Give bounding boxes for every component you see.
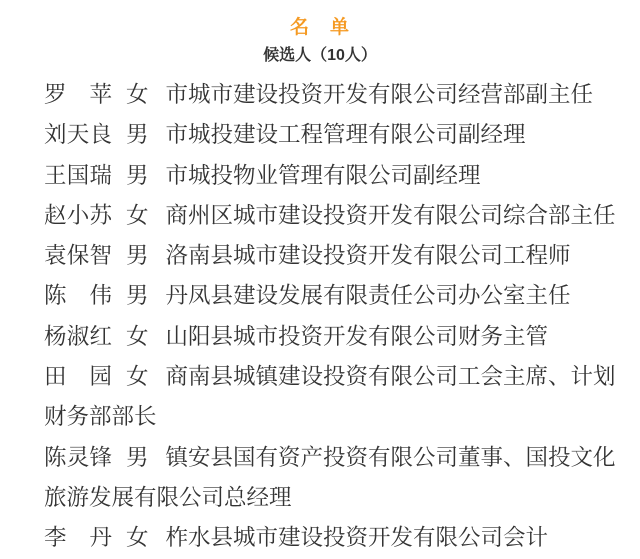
page-title: 名 单 — [0, 16, 640, 40]
candidate-name: 杨淑红 — [44, 317, 112, 357]
candidate-name: 袁保智 — [44, 236, 112, 276]
candidate-position: 市城投物业管理有限公司副经理 — [166, 163, 481, 188]
candidate-gender: 男 — [126, 163, 149, 188]
candidate-row: 杨淑红女山阳县城市投资开发有限公司财务主管 — [44, 317, 618, 357]
candidate-position: 市城投建设工程管理有限公司副经理 — [166, 122, 526, 147]
candidate-gender: 男 — [126, 283, 149, 308]
candidate-gender: 女 — [126, 525, 149, 550]
page-subtitle: 候选人（10人） — [0, 45, 640, 67]
candidate-name: 罗苹 — [44, 75, 112, 115]
candidate-row: 陈伟男丹凤县建设发展有限责任公司办公室主任 — [44, 276, 618, 316]
candidate-position: 山阳县城市投资开发有限公司财务主管 — [166, 324, 549, 349]
candidate-roster-document: 名 单 候选人（10人） 罗苹女市城市建设投资开发有限公司经营部副主任 刘天良男… — [0, 0, 640, 559]
candidate-position: 商州区城市建设投资开发有限公司综合部主任 — [166, 203, 616, 228]
candidate-row: 袁保智男洛南县城市建设投资开发有限公司工程师 — [44, 236, 618, 276]
candidate-name: 陈伟 — [44, 276, 112, 316]
candidate-gender: 男 — [126, 445, 149, 470]
candidate-row: 王国瑞男市城投物业管理有限公司副经理 — [44, 156, 618, 196]
candidate-name: 刘天良 — [44, 115, 112, 155]
candidate-row: 陈灵锋男镇安县国有资产投资有限公司董事、国投文化旅游发展有限公司总经理 — [44, 438, 618, 519]
candidate-list: 罗苹女市城市建设投资开发有限公司经营部副主任 刘天良男市城投建设工程管理有限公司… — [0, 75, 640, 559]
candidate-name: 王国瑞 — [44, 156, 112, 196]
candidate-position: 丹凤县建设发展有限责任公司办公室主任 — [166, 283, 571, 308]
candidate-name: 田园 — [44, 357, 112, 397]
candidate-gender: 男 — [126, 122, 149, 147]
candidate-row: 田园女商南县城镇建设投资有限公司工会主席、计划财务部部长 — [44, 357, 618, 438]
candidate-position: 柞水县城市建设投资开发有限公司会计 — [166, 525, 549, 550]
candidate-row: 刘天良男市城投建设工程管理有限公司副经理 — [44, 115, 618, 155]
candidate-position: 市城市建设投资开发有限公司经营部副主任 — [166, 82, 594, 107]
candidate-gender: 男 — [126, 243, 149, 268]
candidate-row: 李丹女柞水县城市建设投资开发有限公司会计 — [44, 518, 618, 558]
candidate-row: 赵小苏女商州区城市建设投资开发有限公司综合部主任 — [44, 196, 618, 236]
candidate-name: 李丹 — [44, 518, 112, 558]
candidate-gender: 女 — [126, 203, 149, 228]
candidate-name: 陈灵锋 — [44, 438, 112, 478]
candidate-name: 赵小苏 — [44, 196, 112, 236]
candidate-row: 罗苹女市城市建设投资开发有限公司经营部副主任 — [44, 75, 618, 115]
candidate-gender: 女 — [126, 324, 149, 349]
candidate-gender: 女 — [126, 364, 149, 389]
candidate-gender: 女 — [126, 82, 149, 107]
candidate-position: 洛南县城市建设投资开发有限公司工程师 — [166, 243, 571, 268]
